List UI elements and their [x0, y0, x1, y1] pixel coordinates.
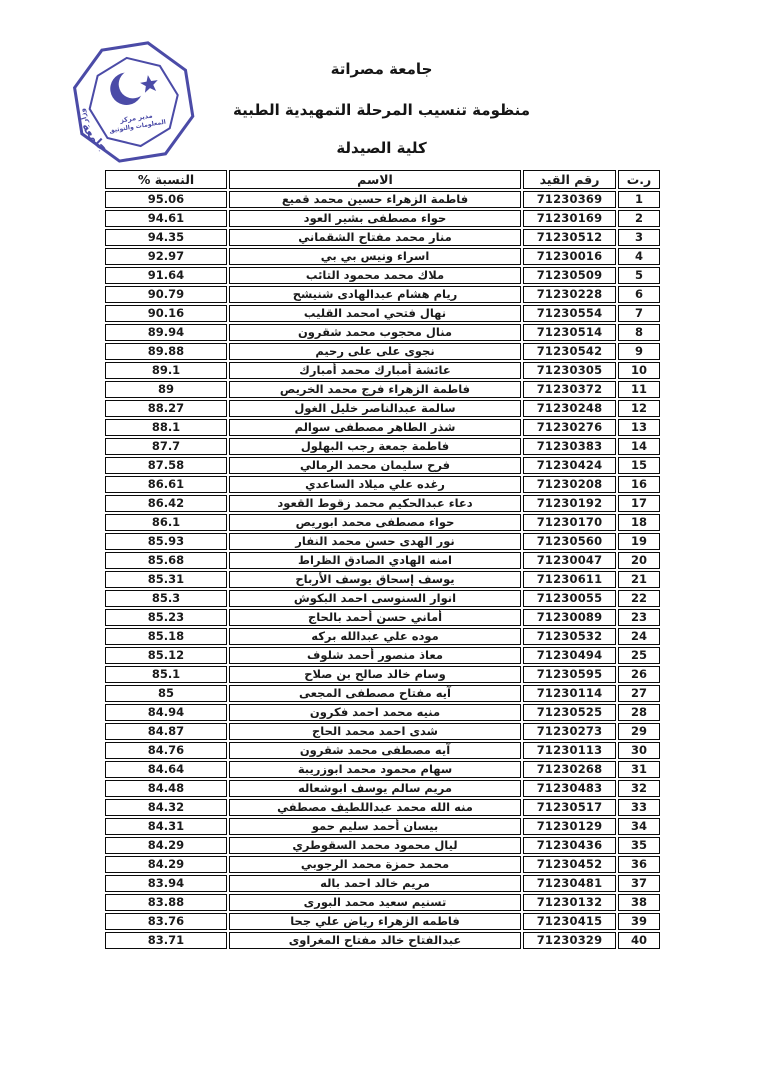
table-row: 2371230089أماني حسن أحمد بالحاج85.23	[105, 609, 660, 626]
name-cell: منه الله محمد عبداللطيف مصطفي	[229, 799, 521, 816]
table-row: 171230369فاطمة الزهراء حسين محمد قميع95.…	[105, 191, 660, 208]
name-cell: وسام خالد صالح بن صلاح	[229, 666, 521, 683]
rank-cell: 19	[618, 533, 660, 550]
name-cell: منار محمد مفتاح الشقماني	[229, 229, 521, 246]
pct-cell: 85.31	[105, 571, 227, 588]
stamp-ring-text: وزارة التعليم العالي والبحث العلمي	[58, 34, 90, 129]
reg-cell: 71230169	[523, 210, 616, 227]
pct-cell: 94.35	[105, 229, 227, 246]
table-row: 3671230452محمد حمزة محمد الرجوبي84.29	[105, 856, 660, 873]
rank-cell: 38	[618, 894, 660, 911]
pct-cell: 85	[105, 685, 227, 702]
reg-cell: 71230192	[523, 495, 616, 512]
pct-cell: 84.29	[105, 837, 227, 854]
faculty-title: كلية الصيدلة	[103, 139, 660, 157]
name-cell: شذر الطاهر مصطفى سوالم	[229, 419, 521, 436]
rank-cell: 22	[618, 590, 660, 607]
rank-cell: 17	[618, 495, 660, 512]
pct-cell: 85.1	[105, 666, 227, 683]
rank-cell: 7	[618, 305, 660, 322]
reg-cell: 71230248	[523, 400, 616, 417]
pct-cell: 87.58	[105, 457, 227, 474]
pct-cell: 89.94	[105, 324, 227, 341]
pct-cell: 83.94	[105, 875, 227, 892]
reg-cell: 71230595	[523, 666, 616, 683]
pct-cell: 90.79	[105, 286, 227, 303]
reg-cell: 71230369	[523, 191, 616, 208]
university-title: جامعة مصراتة	[103, 60, 660, 78]
pct-cell: 86.42	[105, 495, 227, 512]
pct-cell: 84.76	[105, 742, 227, 759]
name-cell: نجوى على على رحيم	[229, 343, 521, 360]
table-row: 3871230132تسنيم سعيد محمد البورى83.88	[105, 894, 660, 911]
reg-cell: 71230305	[523, 362, 616, 379]
reg-cell: 71230415	[523, 913, 616, 930]
rank-cell: 34	[618, 818, 660, 835]
rank-cell: 4	[618, 248, 660, 265]
reg-cell: 71230089	[523, 609, 616, 626]
table-row: 3371230517منه الله محمد عبداللطيف مصطفي8…	[105, 799, 660, 816]
reg-cell: 71230329	[523, 932, 616, 949]
rank-cell: 20	[618, 552, 660, 569]
rank-cell: 2	[618, 210, 660, 227]
table-row: 371230512منار محمد مفتاح الشقماني94.35	[105, 229, 660, 246]
pct-cell: 84.87	[105, 723, 227, 740]
rank-cell: 35	[618, 837, 660, 854]
name-cell: فرح سليمان محمد الرمالي	[229, 457, 521, 474]
name-cell: تسنيم سعيد محمد البورى	[229, 894, 521, 911]
table-row: 2171230611يوسف إسحاق يوسف الأرباح85.31	[105, 571, 660, 588]
rank-cell: 39	[618, 913, 660, 930]
pct-cell: 84.64	[105, 761, 227, 778]
reg-cell: 71230560	[523, 533, 616, 550]
reg-cell: 71230512	[523, 229, 616, 246]
name-cell: فاطمة الزهراء حسين محمد قميع	[229, 191, 521, 208]
reg-cell: 71230509	[523, 267, 616, 284]
pct-cell: 94.61	[105, 210, 227, 227]
col-header-name: الاسم	[229, 170, 521, 189]
reg-cell: 71230436	[523, 837, 616, 854]
reg-cell: 71230016	[523, 248, 616, 265]
table-row: 2671230595وسام خالد صالح بن صلاح85.1	[105, 666, 660, 683]
table-row: 1271230248سالمة عبدالناصر خليل الغول88.2…	[105, 400, 660, 417]
reg-cell: 71230542	[523, 343, 616, 360]
reg-cell: 71230129	[523, 818, 616, 835]
table-row: 3471230129بيسان أحمد سليم حمو84.31	[105, 818, 660, 835]
name-cell: حواء مصطفى محمد ابوريص	[229, 514, 521, 531]
name-cell: دعاء عبدالحكيم محمد زقوط القعود	[229, 495, 521, 512]
name-cell: يوسف إسحاق يوسف الأرباح	[229, 571, 521, 588]
reg-cell: 71230494	[523, 647, 616, 664]
table-row: 1671230208رغده علي ميلاد الساعدي86.61	[105, 476, 660, 493]
table-row: 1771230192دعاء عبدالحكيم محمد زقوط القعو…	[105, 495, 660, 512]
table-row: 2471230532موده علي عبدالله بركه85.18	[105, 628, 660, 645]
document-page: وزارة التعليم العالي والبحث العلمي مدير …	[0, 0, 763, 1080]
rank-cell: 1	[618, 191, 660, 208]
pct-cell: 85.12	[105, 647, 227, 664]
rank-cell: 14	[618, 438, 660, 455]
table-row: 2071230047امنه الهادي الصادق الظراط85.68	[105, 552, 660, 569]
table-row: 3571230436ليال محمود محمد السقوطري84.29	[105, 837, 660, 854]
name-cell: فاطمة جمعة رجب البهلول	[229, 438, 521, 455]
name-cell: امنه الهادي الصادق الظراط	[229, 552, 521, 569]
name-cell: شدى احمد محمد الحاج	[229, 723, 521, 740]
pct-cell: 85.18	[105, 628, 227, 645]
reg-cell: 71230228	[523, 286, 616, 303]
rank-cell: 26	[618, 666, 660, 683]
table-row: 1471230383فاطمة جمعة رجب البهلول87.7	[105, 438, 660, 455]
rank-cell: 31	[618, 761, 660, 778]
name-cell: نهال فتحي امحمد القليب	[229, 305, 521, 322]
pct-cell: 92.97	[105, 248, 227, 265]
pct-cell: 89.1	[105, 362, 227, 379]
table-header-row: ر.ت رقم القيد الاسم النسبة %	[105, 170, 660, 189]
col-header-pct: النسبة %	[105, 170, 227, 189]
rank-cell: 12	[618, 400, 660, 417]
reg-cell: 71230452	[523, 856, 616, 873]
pct-cell: 89.88	[105, 343, 227, 360]
table-row: 2771230114آيه مفتاح مصطفى المجعى85	[105, 685, 660, 702]
pct-cell: 83.76	[105, 913, 227, 930]
rank-cell: 33	[618, 799, 660, 816]
pct-cell: 89	[105, 381, 227, 398]
rank-cell: 28	[618, 704, 660, 721]
reg-cell: 71230514	[523, 324, 616, 341]
name-cell: اسراء ونيس بي بي	[229, 248, 521, 265]
reg-cell: 71230383	[523, 438, 616, 455]
name-cell: مريم خالد احمد باله	[229, 875, 521, 892]
pct-cell: 83.71	[105, 932, 227, 949]
reg-cell: 71230483	[523, 780, 616, 797]
table-row: 1071230305عائشة أمبارك محمد أمبارك89.1	[105, 362, 660, 379]
reg-cell: 71230114	[523, 685, 616, 702]
pct-cell: 88.1	[105, 419, 227, 436]
reg-cell: 71230611	[523, 571, 616, 588]
name-cell: ريام هشام عبدالهادى شنيشح	[229, 286, 521, 303]
table-row: 471230016اسراء ونيس بي بي92.97	[105, 248, 660, 265]
reg-cell: 71230517	[523, 799, 616, 816]
rank-cell: 24	[618, 628, 660, 645]
pct-cell: 84.29	[105, 856, 227, 873]
rank-cell: 27	[618, 685, 660, 702]
rank-cell: 9	[618, 343, 660, 360]
table-row: 1371230276شذر الطاهر مصطفى سوالم88.1	[105, 419, 660, 436]
name-cell: آيه مفتاح مصطفى المجعى	[229, 685, 521, 702]
rank-cell: 10	[618, 362, 660, 379]
rank-cell: 37	[618, 875, 660, 892]
table-row: 2571230494معاذ منصور أحمد شلوف85.12	[105, 647, 660, 664]
table-row: 1871230170حواء مصطفى محمد ابوريص86.1	[105, 514, 660, 531]
name-cell: محمد حمزة محمد الرجوبي	[229, 856, 521, 873]
reg-cell: 71230481	[523, 875, 616, 892]
col-header-rank: ر.ت	[618, 170, 660, 189]
name-cell: معاذ منصور أحمد شلوف	[229, 647, 521, 664]
table-row: 1571230424فرح سليمان محمد الرمالي87.58	[105, 457, 660, 474]
rank-cell: 32	[618, 780, 660, 797]
name-cell: انوار السنوسى احمد البكوش	[229, 590, 521, 607]
rank-cell: 23	[618, 609, 660, 626]
reg-cell: 71230424	[523, 457, 616, 474]
table-row: 671230228ريام هشام عبدالهادى شنيشح90.79	[105, 286, 660, 303]
name-cell: حواء مصطفى بشير العود	[229, 210, 521, 227]
name-cell: ملاك محمد محمود التائب	[229, 267, 521, 284]
rank-cell: 25	[618, 647, 660, 664]
pct-cell: 95.06	[105, 191, 227, 208]
rank-cell: 36	[618, 856, 660, 873]
name-cell: سالمة عبدالناصر خليل الغول	[229, 400, 521, 417]
system-title: منظومة تنسيب المرحلة التمهيدية الطبية	[103, 101, 660, 119]
name-cell: نور الهدى حسن محمد النفار	[229, 533, 521, 550]
col-header-reg-no: رقم القيد	[523, 170, 616, 189]
pct-cell: 84.48	[105, 780, 227, 797]
table-row: 3071230113آيه مصطفى محمد شقرون84.76	[105, 742, 660, 759]
pct-cell: 84.94	[105, 704, 227, 721]
table-row: 971230542نجوى على على رحيم89.88	[105, 343, 660, 360]
rank-cell: 15	[618, 457, 660, 474]
pct-cell: 86.61	[105, 476, 227, 493]
reg-cell: 71230273	[523, 723, 616, 740]
name-cell: رغده علي ميلاد الساعدي	[229, 476, 521, 493]
reg-cell: 71230113	[523, 742, 616, 759]
name-cell: عائشة أمبارك محمد أمبارك	[229, 362, 521, 379]
table-row: 771230554نهال فتحي امحمد القليب90.16	[105, 305, 660, 322]
reg-cell: 71230276	[523, 419, 616, 436]
name-cell: فاطمة الزهراء فرج محمد الخريص	[229, 381, 521, 398]
pct-cell: 86.1	[105, 514, 227, 531]
rank-cell: 40	[618, 932, 660, 949]
rank-cell: 16	[618, 476, 660, 493]
rank-cell: 13	[618, 419, 660, 436]
reg-cell: 71230525	[523, 704, 616, 721]
pct-cell: 90.16	[105, 305, 227, 322]
name-cell: سهام محمود محمد ابوزريبة	[229, 761, 521, 778]
rank-cell: 21	[618, 571, 660, 588]
rank-cell: 3	[618, 229, 660, 246]
name-cell: منيه محمد احمد فكرون	[229, 704, 521, 721]
pct-cell: 85.93	[105, 533, 227, 550]
rank-cell: 29	[618, 723, 660, 740]
table-row: 2871230525منيه محمد احمد فكرون84.94	[105, 704, 660, 721]
svg-text:وزارة التعليم العالي والبحث ال: وزارة التعليم العالي والبحث العلمي	[58, 34, 90, 129]
name-cell: بيسان أحمد سليم حمو	[229, 818, 521, 835]
table-row: 3271230483مريم سالم يوسف ابوشعاله84.48	[105, 780, 660, 797]
name-cell: منال محجوب محمد شقرون	[229, 324, 521, 341]
table-row: 1971230560نور الهدى حسن محمد النفار85.93	[105, 533, 660, 550]
table-row: 2271230055انوار السنوسى احمد البكوش85.3	[105, 590, 660, 607]
pct-cell: 87.7	[105, 438, 227, 455]
reg-cell: 71230055	[523, 590, 616, 607]
rank-cell: 18	[618, 514, 660, 531]
table-row: 3171230268سهام محمود محمد ابوزريبة84.64	[105, 761, 660, 778]
pct-cell: 91.64	[105, 267, 227, 284]
name-cell: ليال محمود محمد السقوطري	[229, 837, 521, 854]
rank-cell: 11	[618, 381, 660, 398]
results-table: ر.ت رقم القيد الاسم النسبة % 171230369فا…	[103, 168, 662, 951]
name-cell: موده علي عبدالله بركه	[229, 628, 521, 645]
name-cell: آيه مصطفى محمد شقرون	[229, 742, 521, 759]
reg-cell: 71230372	[523, 381, 616, 398]
table-row: 2971230273شدى احمد محمد الحاج84.87	[105, 723, 660, 740]
pct-cell: 83.88	[105, 894, 227, 911]
table-row: 871230514منال محجوب محمد شقرون89.94	[105, 324, 660, 341]
pct-cell: 88.27	[105, 400, 227, 417]
table-row: 271230169حواء مصطفى بشير العود94.61	[105, 210, 660, 227]
rank-cell: 5	[618, 267, 660, 284]
table-row: 3971230415فاطمه الزهراء رياض علي جحا83.7…	[105, 913, 660, 930]
name-cell: مريم سالم يوسف ابوشعاله	[229, 780, 521, 797]
table-row: 1171230372فاطمة الزهراء فرج محمد الخريص8…	[105, 381, 660, 398]
pct-cell: 85.3	[105, 590, 227, 607]
reg-cell: 71230554	[523, 305, 616, 322]
reg-cell: 71230170	[523, 514, 616, 531]
reg-cell: 71230532	[523, 628, 616, 645]
rank-cell: 30	[618, 742, 660, 759]
table-row: 571230509ملاك محمد محمود التائب91.64	[105, 267, 660, 284]
pct-cell: 85.23	[105, 609, 227, 626]
rank-cell: 8	[618, 324, 660, 341]
reg-cell: 71230132	[523, 894, 616, 911]
reg-cell: 71230208	[523, 476, 616, 493]
pct-cell: 84.32	[105, 799, 227, 816]
name-cell: أماني حسن أحمد بالحاج	[229, 609, 521, 626]
name-cell: عبدالفتاح خالد مفتاح المغراوى	[229, 932, 521, 949]
table-row: 3771230481مريم خالد احمد باله83.94	[105, 875, 660, 892]
name-cell: فاطمه الزهراء رياض علي جحا	[229, 913, 521, 930]
reg-cell: 71230047	[523, 552, 616, 569]
pct-cell: 85.68	[105, 552, 227, 569]
rank-cell: 6	[618, 286, 660, 303]
table-row: 4071230329عبدالفتاح خالد مفتاح المغراوى8…	[105, 932, 660, 949]
reg-cell: 71230268	[523, 761, 616, 778]
pct-cell: 84.31	[105, 818, 227, 835]
